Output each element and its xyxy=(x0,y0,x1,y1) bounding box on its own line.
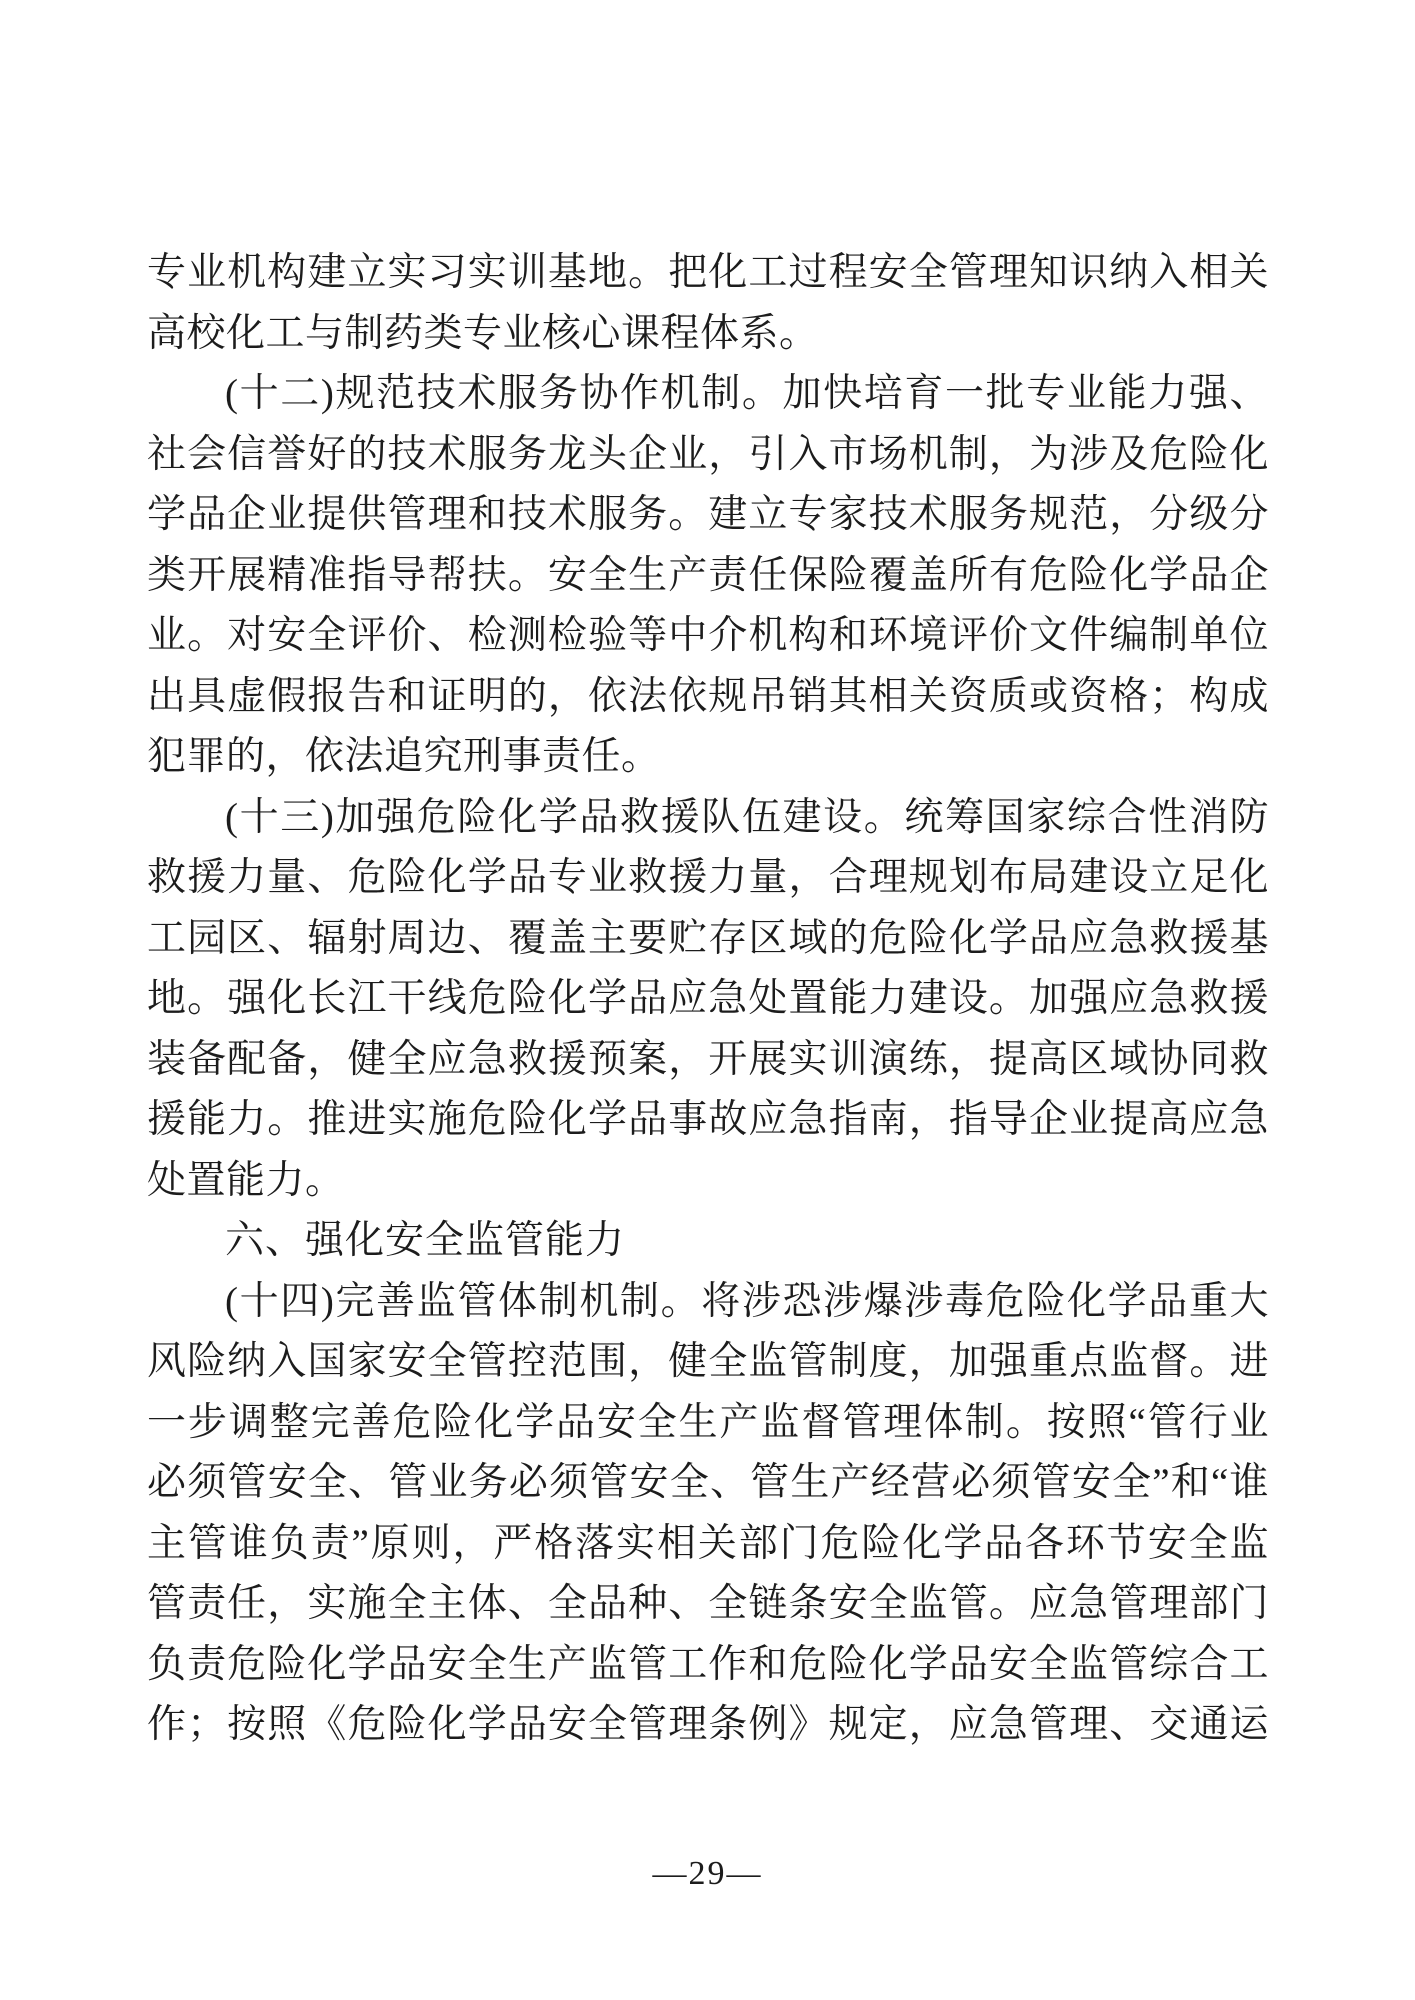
text-line-paragraph-14-start: (十四)完善监管体制机制。将涉恐涉爆涉毒危险化学品重大 xyxy=(147,1272,1269,1333)
text-line: 出具虚假报告和证明的，依法依规吊销其相关资质或资格；构成 xyxy=(147,667,1269,728)
text-line: 必须管安全、管业务必须管安全、管生产经营必须管安全”和“谁 xyxy=(147,1453,1269,1514)
text-line: 犯罪的，依法追究刑事责任。 xyxy=(147,727,1269,788)
text-line: 作；按照《危险化学品安全管理条例》规定，应急管理、交通运 xyxy=(147,1695,1269,1756)
text-line: 负责危险化学品安全生产监管工作和危险化学品安全监管综合工 xyxy=(147,1635,1269,1696)
text-line: 地。强化长江干线危险化学品应急处置能力建设。加强应急救援 xyxy=(147,969,1269,1030)
text-line: 高校化工与制药类专业核心课程体系。 xyxy=(147,304,1269,365)
text-line-paragraph-13-start: (十三)加强危险化学品救援队伍建设。统筹国家综合性消防 xyxy=(147,788,1269,849)
text-line: 处置能力。 xyxy=(147,1151,1269,1212)
text-line: 一步调整完善危险化学品安全生产监督管理体制。按照“管行业 xyxy=(147,1393,1269,1454)
text-line: 主管谁负责”原则，严格落实相关部门危险化学品各环节安全监 xyxy=(147,1514,1269,1575)
text-line: 管责任，实施全主体、全品种、全链条安全监管。应急管理部门 xyxy=(147,1574,1269,1635)
document-page: 专业机构建立实习实训基地。把化工过程安全管理知识纳入相关 高校化工与制药类专业核… xyxy=(0,0,1415,2000)
text-line: 社会信誉好的技术服务龙头企业，引入市场机制，为涉及危险化 xyxy=(147,425,1269,486)
text-line: 工园区、辐射周边、覆盖主要贮存区域的危险化学品应急救援基 xyxy=(147,909,1269,970)
text-line: 学品企业提供管理和技术服务。建立专家技术服务规范，分级分 xyxy=(147,485,1269,546)
text-line: 装备配备，健全应急救援预案，开展实训演练，提高区域协同救 xyxy=(147,1030,1269,1091)
page-number: —29— xyxy=(0,1855,1415,1893)
text-line: 业。对安全评价、检测检验等中介机构和环境评价文件编制单位 xyxy=(147,606,1269,667)
text-line: 风险纳入国家安全管控范围，健全监管制度，加强重点监督。进 xyxy=(147,1332,1269,1393)
text-line: 类开展精准指导帮扶。安全生产责任保险覆盖所有危险化学品企 xyxy=(147,546,1269,607)
document-text-block: 专业机构建立实习实训基地。把化工过程安全管理知识纳入相关 高校化工与制药类专业核… xyxy=(147,243,1269,1756)
text-line-paragraph-12-start: (十二)规范技术服务协作机制。加快培育一批专业能力强、 xyxy=(147,364,1269,425)
text-line: 救援力量、危险化学品专业救援力量，合理规划布局建设立足化 xyxy=(147,848,1269,909)
text-line: 专业机构建立实习实训基地。把化工过程安全管理知识纳入相关 xyxy=(147,243,1269,304)
text-line: 援能力。推进实施危险化学品事故应急指南，指导企业提高应急 xyxy=(147,1090,1269,1151)
section-heading-6: 六、强化安全监管能力 xyxy=(147,1211,1269,1272)
